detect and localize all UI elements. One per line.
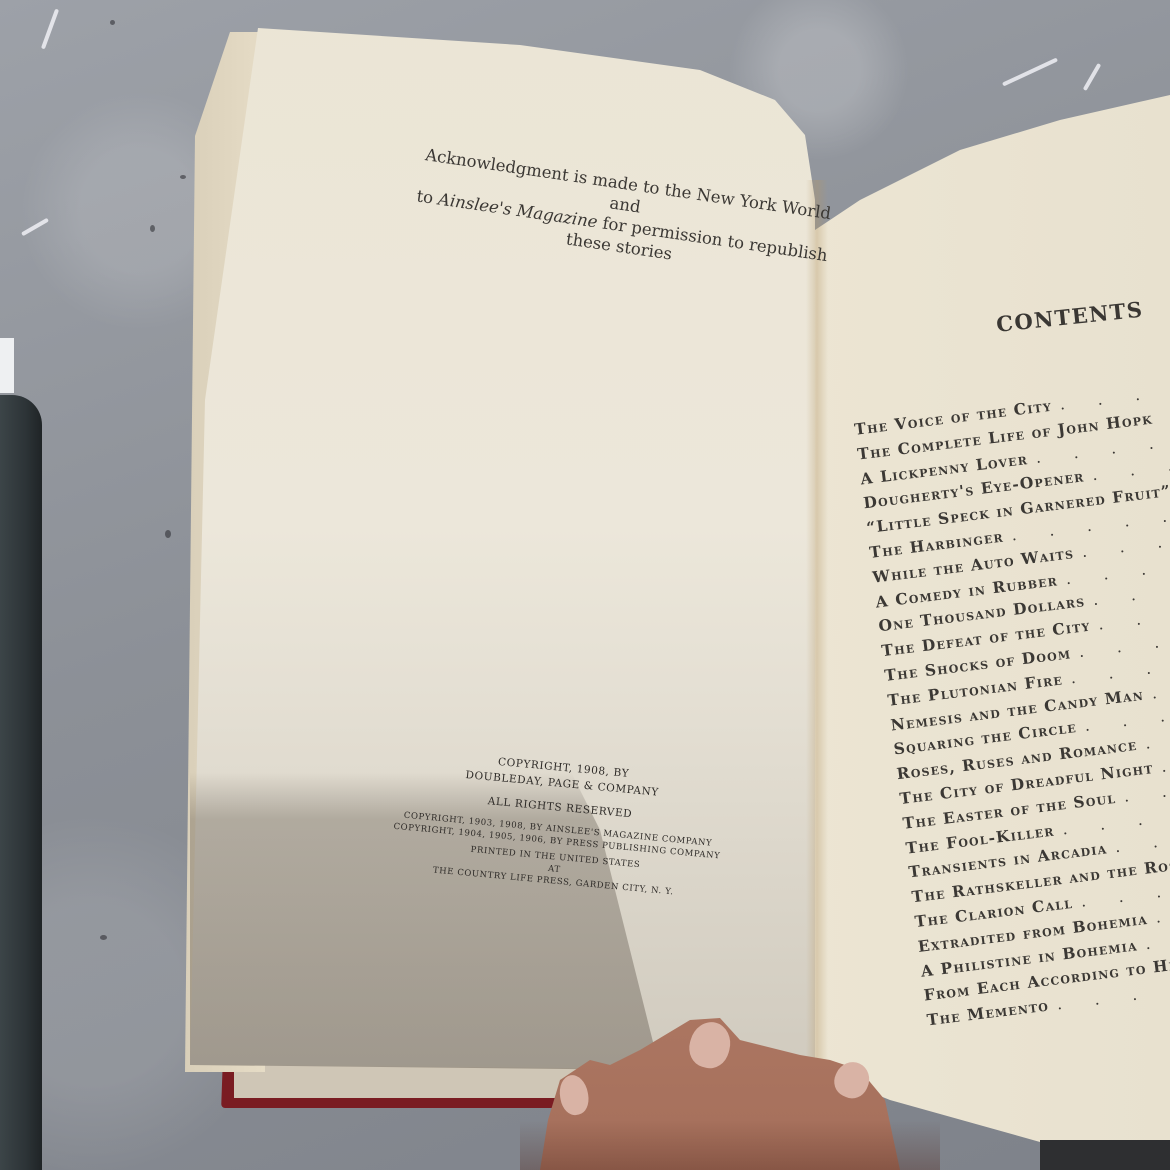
paper-scrap bbox=[0, 338, 14, 393]
concrete-speck bbox=[100, 935, 107, 940]
book-gutter bbox=[806, 180, 828, 1080]
adjacent-book bbox=[0, 395, 42, 1170]
concrete-speck bbox=[150, 225, 155, 232]
concrete-speck bbox=[110, 20, 115, 25]
concrete-speck bbox=[180, 175, 186, 179]
concrete-speck bbox=[165, 530, 171, 538]
table-shadow bbox=[1040, 1140, 1170, 1170]
hand-shading bbox=[520, 1120, 940, 1170]
